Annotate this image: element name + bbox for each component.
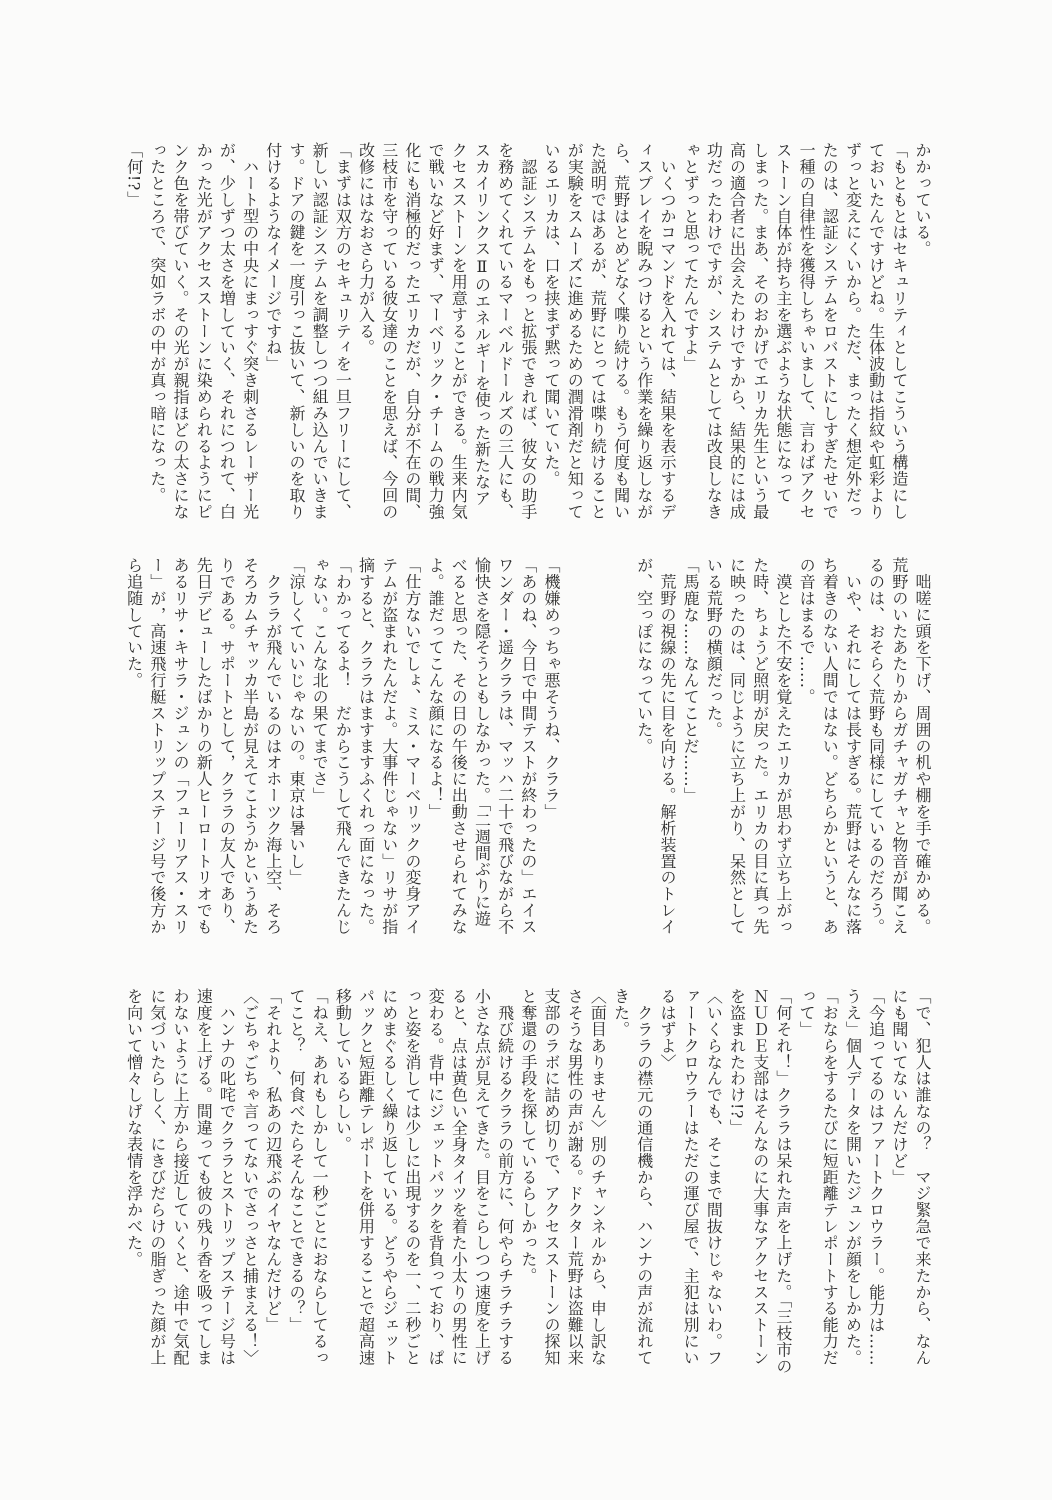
text-column: 化にも消極的だったエリカだが、自分が不在の間、 [401,142,424,520]
text-column: ー」が，高速飛行艇ストリップステージ号で後方か [146,557,169,935]
text-column: ゃない。こんな北の果てまでさ」 [308,557,331,935]
text-column: しまった。まあ、そのおかげでエリカ先生という最 [749,142,772,520]
text-column: るはずよ〉 [656,988,679,1366]
text-column: 「涼しくていいじゃないの。東京は暑いし」 [285,557,308,935]
text-column: 移動しているらしい。 [331,988,354,1366]
text-column: 改修にはなおさら力が入る。 [354,142,377,520]
text-column: 三枝市を守っている彼女達のことを思えば、今回の [378,142,401,520]
text-column: ハンナの叱咤でクララとストリップステージ号は [215,988,238,1366]
text-column: 〈面目ありません〉別のチャンネルから、申し訳な [586,988,609,1366]
text-column: の音はまるで……。 [795,557,818,935]
text-column: いる荒野の横顔だった。 [702,557,725,935]
text-column: ったところで、突如ラボの中が真っ暗になった。 [146,142,169,520]
text-column: 「もともとはセキュリティとしてこういう構造にし [888,142,911,520]
text-column: 荒野の視線の先に目を向ける。解析装置のトレイ [656,557,679,935]
text-column: ずっと変えにくいから。ただ、まったく想定外だっ [841,142,864,520]
text-column: ら、荒野はとめどなく喋り続ける。もう何度も聞い [609,142,632,520]
text-column: ると、点は黄色い全身タイツを着た小太りの男性に [447,988,470,1366]
text-tier-bottom: 「で、犯人は誰なの？ マジ緊急で来たから、なん にも聞いてないんだけど」 「今追… [122,988,934,1366]
text-column: が、空っぽになっていた。 [633,557,656,935]
text-column: 認証システムをもっと拡張できれば、彼女の助手 [517,142,540,520]
text-column: 新しい認証システムを調整しつつ組み込んでいきま [308,142,331,520]
text-column: にも聞いてないんだけど」 [888,988,911,1366]
text-column: って」 [795,988,818,1366]
text-column: 「馬鹿な……なんてことだ……」 [679,557,702,935]
text-column: ハート型の中央にまっすぐ突き刺さるレーザー光 [238,142,261,520]
text-column: に映ったのは、同じように立ち上がり、呆然として [725,557,748,935]
text-column: ストーン自体が持ち主を選ぶような状態になって [772,142,795,520]
text-column: あるリサ・キサラ・ジュンの「フューリアス・スリ [169,557,192,935]
text-column: に気づいたらしく、にきびだらけの脂ぎった顔が上 [146,988,169,1366]
text-column: ワンダー・遥クララは、マッハ二十で飛びながら不 [493,557,516,935]
text-column: 「今追ってるのはファートクロウラー。能力は…… [864,988,887,1366]
text-column: と奪還の手段を探しているらしかった。 [517,988,540,1366]
text-column: 付けるようなイメージですね」 [262,142,285,520]
text-column: 先日デビューしたばかりの新人ヒーロートリオでも [192,557,215,935]
text-column: 高の適合者に出会えたわけですから、結果的には成 [725,142,748,520]
text-column: そろカムチャッカ半島が見えてこようかというあた [238,557,261,935]
text-column: いるエリカは、口を挟まず黙って聞いていた。 [540,142,563,520]
text-column: っと姿を消しては少しに出現するのを一、二秒ごと [401,988,424,1366]
text-column: 摘すると、クララはますますふくれっ面になった。 [354,557,377,935]
text-column: ち着きのない人間ではない。どちらかというと、あ [818,557,841,935]
text-column: 〈ごちゃごちゃ言ってないでさっさと捕まえる！〉 [238,988,261,1366]
text-column: 「何それ！」クララは呆れた声を上げた。「三枝市の [772,988,795,1366]
text-column: わないように上方から接近していくと、途中で気配 [169,988,192,1366]
text-column: 「機嫌めっちゃ悪そうね、クララ」 [540,557,563,935]
text-column: が、少しずつ太さを増していく、それにつれて、白 [215,142,238,520]
text-column: を向いて憎々しげな表情を浮かべた。 [122,988,145,1366]
text-column: クララが飛んでいるのはオホーツク海上空、そろ [262,557,285,935]
text-column: かった光がアクセスストーンに染められるようにピ [192,142,215,520]
text-column: 変わる。背中にジェットパックを背負っており、ぱ [424,988,447,1366]
scene-break-blank-column [563,557,586,935]
text-column: にめまぐるしく繰り返している。どうやらジェット [378,988,401,1366]
text-column: を盗まれたわけ!?」 [725,988,748,1366]
text-column: た時、ちょうど照明が戻った。エリカの目に真っ先 [749,557,772,935]
text-column: りである。サポートとして，クララの友人であり、 [215,557,238,935]
scene-break-blank-column [586,557,609,935]
text-column: ンク色を帯びていく。その光が親指ほどの太さにな [169,142,192,520]
text-column: よ。誰だってこんな顔になるよ！」 [424,557,447,935]
text-column: スカイリンクスⅡのエネルギーを使った新たなア [470,142,493,520]
text-column: 漠とした不安を覚えたエリカが思わず立ち上がっ [772,557,795,935]
text-column: るのは、おそらく荒野も同様にしているのだろう。 [864,557,887,935]
text-column: いや、それにしては長すぎる。荒野はそんなに落 [841,557,864,935]
text-tier-middle: 咄嗟に頭を下げ、周囲の机や棚を手で確かめる。 荒野のいたあたりからガチャガチャと… [122,557,934,935]
text-column: が実験をスムーズに進めるための潤滑剤だと知って [563,142,586,520]
text-column: 咄嗟に頭を下げ、周囲の机や棚を手で確かめる。 [911,557,934,935]
text-column: 「まずは双方のセキュリティを一旦フリーにして、 [331,142,354,520]
text-column: 一種の自律性を獲得しちゃいまして、言わばアクセ [795,142,818,520]
text-column: 速度を上げる。間違っても彼の残り香を吸ってしま [192,988,215,1366]
text-column: 「で、犯人は誰なの？ マジ緊急で来たから、なん [911,988,934,1366]
text-column: ＮＵＤＥ支部はそんなのに大事なアクセスストーン [749,988,772,1366]
text-column: 「おならをするたびに短距離テレポートする能力だ [818,988,841,1366]
text-column: 飛び続けるクララの前方に、何やらチラチラする [493,988,516,1366]
text-column: を務めてくれているマーベルドールズの三人にも、 [493,142,516,520]
text-column: テムが盗まれたんだよ。大事件じゃない」リサが指 [378,557,401,935]
text-column: 「それより、私あの辺飛ぶのイヤなんだけど」 [262,988,285,1366]
text-column: ァートクロウラーはただの運び屋で、主犯は別にい [679,988,702,1366]
text-column: 「わかってるよ！ だからこうして飛んできたんじ [331,557,354,935]
text-column: 支部のラボに詰め切りで、アクセスストーンの探知 [540,988,563,1366]
text-column: たのは、認証システムをロバストにしすぎたせいで [818,142,841,520]
text-column: かかっている。 [911,142,934,520]
text-column: 「あのね、今日で中間テストが終わったの」エイス [517,557,540,935]
text-tier-top: かかっている。 「もともとはセキュリティとしてこういう構造にし ておいたんですけ… [122,142,934,520]
text-column: クララの襟元の通信機から、ハンナの声が流れて [633,988,656,1366]
text-column: た説明ではあるが、荒野にとっては喋り続けること [586,142,609,520]
text-column: てこと？ 何食べたらそんなことできるの？」 [285,988,308,1366]
text-column: 荒野のいたあたりからガチャガチャと物音が聞こえ [888,557,911,935]
novel-page: かかっている。 「もともとはセキュリティとしてこういう構造にし ておいたんですけ… [0,0,1052,1500]
text-column: 「ねえ、あれもしかして一秒ごとにおならしてるっ [308,988,331,1366]
text-column: 愉快さを隠そうともしなかった。「二週間ぶりに遊 [470,557,493,935]
text-column: す。ドアの鍵を一度引っこ抜いて、新しいのを取り [285,142,308,520]
text-column: 小さな点が見えてきた。目をこらしつつ速度を上げ [470,988,493,1366]
text-column: ゃとずっと思ってたんですよ」 [679,142,702,520]
text-column: きた。 [609,988,632,1366]
text-column: さそうな男性の声が謝る。ドクター荒野は盗難以来 [563,988,586,1366]
text-column: いくつかコマンドを入れては、結果を表示するデ [656,142,679,520]
text-column: 〈いくらなんでも、そこまで間抜けじゃないわ。フ [702,988,725,1366]
text-column: ておいたんですけどね。生体波動は指紋や虹彩より [864,142,887,520]
text-column: パックと短距離テレポートを併用することで超高速 [354,988,377,1366]
text-column: クセスストーンを用意することができる。生来内気 [447,142,470,520]
scene-break-blank-column [609,557,632,935]
text-column: うえ」個人データを開いたジュンが顔をしかめた。 [841,988,864,1366]
text-column: べると思った、その日の午後に出動させられてみな [447,557,470,935]
text-column: 「仕方ないでしょ、ミス・マーベリックの変身アイ [401,557,424,935]
text-column: 功だったわけですが、システムとしては改良しなき [702,142,725,520]
text-column: ィスプレイを睨みつけるという作業を繰り返しなが [633,142,656,520]
text-column: で戦いなど好まず、マーベリック・チームの戦力強 [424,142,447,520]
text-column: 「何!?」 [122,142,145,520]
text-column: ら追随していた。 [122,557,145,935]
